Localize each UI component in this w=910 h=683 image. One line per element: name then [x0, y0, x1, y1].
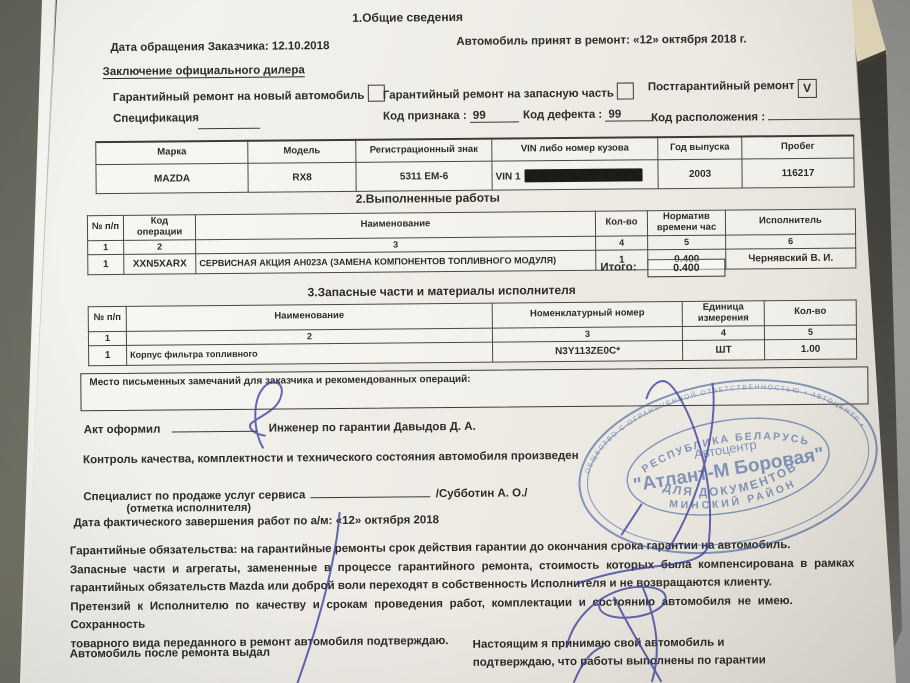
- remarks-label: Место письменных замечаний для заказчика…: [89, 374, 470, 388]
- warranty-spare-label: Гарантийный ремонт на запасную часть: [383, 88, 614, 102]
- work-num: 1: [88, 254, 124, 274]
- works-table: № п/п Код операции Наименование Кол-во Н…: [87, 208, 856, 275]
- car-returned-label: Автомобиль после ремонта выдал: [70, 647, 270, 661]
- total-value-box: 0.400: [647, 259, 725, 278]
- code-location-blank: [768, 106, 886, 120]
- works-numbering-cell: 5: [648, 235, 726, 250]
- vin-redaction-bar: [525, 168, 643, 182]
- post-warranty-row: Постгарантийный ремонтV: [648, 79, 817, 99]
- specialist-label: Специалист по продаже услуг сервиса: [83, 489, 305, 503]
- specification-blank: [198, 114, 260, 130]
- vehicle-table: Марка Модель Регистрационный знак VIN ли…: [95, 135, 854, 195]
- vehicle-col-vin: VIN либо номер кузова: [492, 137, 658, 161]
- section2-title: 2.Выполненные работы: [356, 191, 500, 206]
- code-location-label: Код расположения :: [651, 111, 765, 124]
- vehicle-vin-prefix: VIN 1: [496, 171, 521, 182]
- specialist-row: Специалист по продаже услуг сервиса /Суб…: [83, 483, 527, 503]
- act-prepared-row: Акт оформил Инженер по гарантии Давыдов …: [84, 417, 476, 436]
- vehicle-year: 2003: [658, 159, 742, 189]
- act-signature-blank: [171, 419, 257, 433]
- parts-col-qty: Кол-во: [764, 300, 856, 326]
- dealer-conclusion-heading: Заключение официального дилера: [103, 64, 305, 78]
- works-numbering-cell: 1: [88, 240, 124, 254]
- vehicle-plate: 5311 ЕМ-6: [356, 161, 492, 191]
- warranty-new-row: Гарантийный ремонт на новый автомобиль: [113, 85, 385, 104]
- vehicle-model: RX8: [248, 162, 356, 192]
- code-defect-row: Код дефекта : 99: [523, 108, 653, 122]
- parts-numbering-cell: 5: [764, 325, 856, 340]
- parts-col-name: Наименование: [126, 303, 492, 331]
- vehicle-vin-cell: VIN 1: [492, 160, 658, 190]
- works-col-opcode: Код операции: [123, 215, 195, 240]
- works-col-qty: Кол-во: [595, 211, 647, 236]
- section1-title: 1.Общие сведения: [352, 10, 463, 25]
- parts-col-sku: Номенклатурный номер: [492, 302, 682, 329]
- works-numbering-cell: 4: [596, 236, 648, 250]
- warranty-spare-checkbox: [617, 82, 634, 99]
- part-name: Корпус фильтра топливного: [127, 342, 493, 365]
- part-sku: N3Y113ZE0C*: [493, 340, 683, 362]
- specialist-name: /Субботин А. О./: [436, 487, 528, 500]
- vehicle-col-year: Год выпуска: [658, 136, 742, 159]
- act-engineer: Инженер по гарантии Давыдов Д. А.: [269, 421, 476, 435]
- section3-title: 3.Запасные части и материалы исполнителя: [308, 283, 576, 299]
- warranty-new-label: Гарантийный ремонт на новый автомобиль: [113, 90, 365, 104]
- document-content: 1.Общие сведения Дата обращения Заказчик…: [0, 0, 910, 683]
- customer-acceptance-line2: подтверждаю, что работы выполнены по гар…: [473, 654, 766, 669]
- parts-table: № п/п Наименование Номенклатурный номер …: [88, 299, 857, 366]
- post-warranty-checkbox: V: [797, 79, 816, 98]
- vehicle-data-row: MAZDA RX8 5311 ЕМ-6 VIN 1 2003 116217: [96, 158, 854, 194]
- vehicle-col-model: Модель: [248, 140, 356, 163]
- total-label: Итого:: [600, 261, 636, 273]
- parts-col-num: № п/п: [88, 306, 126, 331]
- code-location-row: Код расположения :: [651, 106, 886, 124]
- specification-label: Спецификация: [113, 112, 199, 125]
- works-col-time: Норматив времени час: [647, 210, 725, 236]
- vehicle-brand: MAZDA: [96, 163, 248, 193]
- completion-date-line: Дата фактического завершения работ по а/…: [74, 514, 440, 529]
- work-executor: Чернявский В. И.: [726, 248, 856, 269]
- work-opcode: XXN5XARX: [124, 254, 196, 275]
- works-numbering-cell: 2: [124, 240, 196, 255]
- parts-numbering-cell: 1: [88, 331, 126, 345]
- parts-numbering-cell: 4: [682, 326, 764, 341]
- accepted-date: Автомобиль принят в ремонт: «12» октября…: [456, 33, 746, 48]
- code-attr-value: 99: [470, 109, 519, 122]
- vehicle-col-mileage: Пробег: [742, 136, 854, 159]
- code-attr-label: Код признака :: [383, 110, 467, 123]
- post-warranty-label: Постгарантийный ремонт: [648, 80, 795, 93]
- works-col-num: № п/п: [87, 215, 123, 240]
- request-date: Дата обращения Заказчика: 12.10.2018: [110, 40, 329, 54]
- vehicle-mileage: 116217: [742, 158, 854, 188]
- part-num: 1: [89, 345, 127, 365]
- works-numbering-cell: 6: [726, 234, 856, 249]
- code-attr-row: Код признака : 99: [383, 109, 519, 123]
- code-defect-label: Код дефекта :: [523, 109, 602, 122]
- code-defect-value: 99: [605, 108, 652, 121]
- works-col-executor: Исполнитель: [725, 209, 855, 235]
- photo-of-service-act: 1.Общие сведения Дата обращения Заказчик…: [0, 0, 910, 683]
- parts-col-unit: Единица измерения: [682, 301, 764, 327]
- quality-control-line: Контроль качества, комплектности и техни…: [83, 450, 579, 466]
- customer-acceptance-line1: Настоящим я принимаю свой автомобиль и: [473, 637, 725, 651]
- specialist-signature-blank: [310, 484, 430, 498]
- act-prepared-label: Акт оформил: [84, 424, 161, 437]
- vehicle-col-plate: Регистрационный знак: [356, 139, 492, 163]
- work-name: СЕРВИСНАЯ АКЦИЯ АН023А (ЗАМЕНА КОМПОНЕНТ…: [196, 250, 596, 273]
- vehicle-col-brand: Марка: [96, 141, 248, 165]
- specification-row: Спецификация: [113, 112, 199, 125]
- warranty-spare-row: Гарантийный ремонт на запасную часть: [383, 82, 634, 101]
- works-col-name: Наименование: [195, 211, 595, 239]
- part-unit: ШТ: [682, 340, 764, 361]
- executor-mark-note: (отметка исполнителя): [126, 502, 251, 515]
